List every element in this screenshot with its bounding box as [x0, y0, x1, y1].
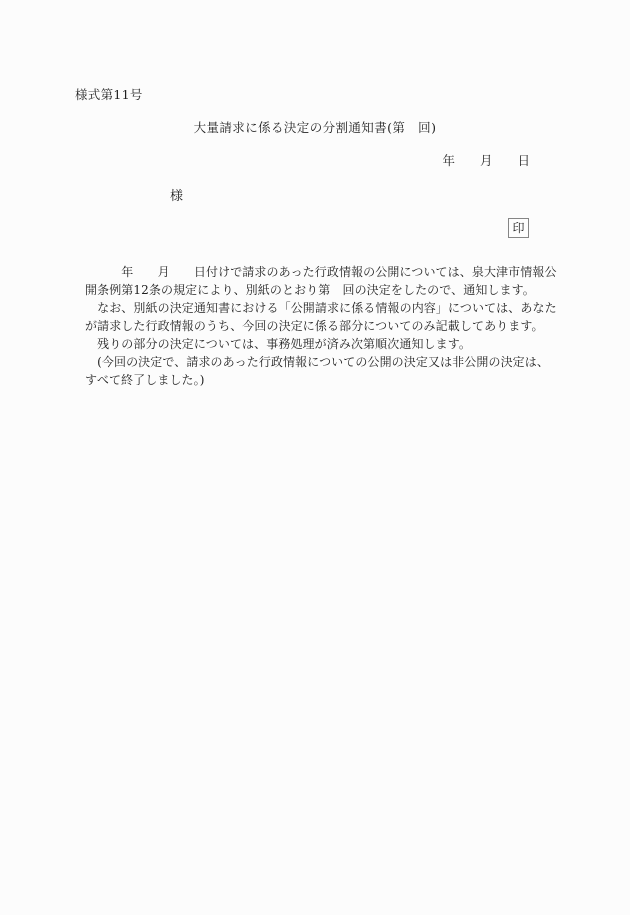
addressee-label: 様	[170, 185, 183, 204]
body-line: が請求した行政情報のうち、今回の決定に係る部分についてのみ記載してあります。	[85, 317, 557, 335]
body-text: 年 月 日付けで請求のあった行政情報の公開については、泉大津市情報公 開条例第1…	[85, 263, 557, 389]
document-title: 大量請求に係る決定の分割通知書(第 回)	[0, 118, 630, 136]
body-line: (今回の決定で、請求のあった行政情報についての公開の決定又は非公開の決定は、	[85, 353, 557, 371]
document-page: 様式第11号 大量請求に係る決定の分割通知書(第 回) 年 月 日 様 印 年 …	[0, 0, 630, 915]
body-line: 残りの部分の決定については、事務処理が済み次第順次通知します。	[85, 335, 557, 353]
seal-label: 印	[512, 222, 524, 234]
body-line: なお、別紙の決定通知書における「公開請求に係る情報の内容」については、あなた	[85, 299, 557, 317]
form-number-label: 様式第11号	[75, 85, 143, 103]
body-line: 開条例第12条の規定により、別紙のとおり第 回の決定をしたので、通知します。	[85, 281, 557, 299]
seal-box: 印	[508, 218, 529, 238]
body-line: すべて終了しました。)	[85, 371, 557, 389]
body-line: 年 月 日付けで請求のあった行政情報の公開については、泉大津市情報公	[85, 263, 557, 281]
date-line: 年 月 日	[442, 151, 530, 169]
